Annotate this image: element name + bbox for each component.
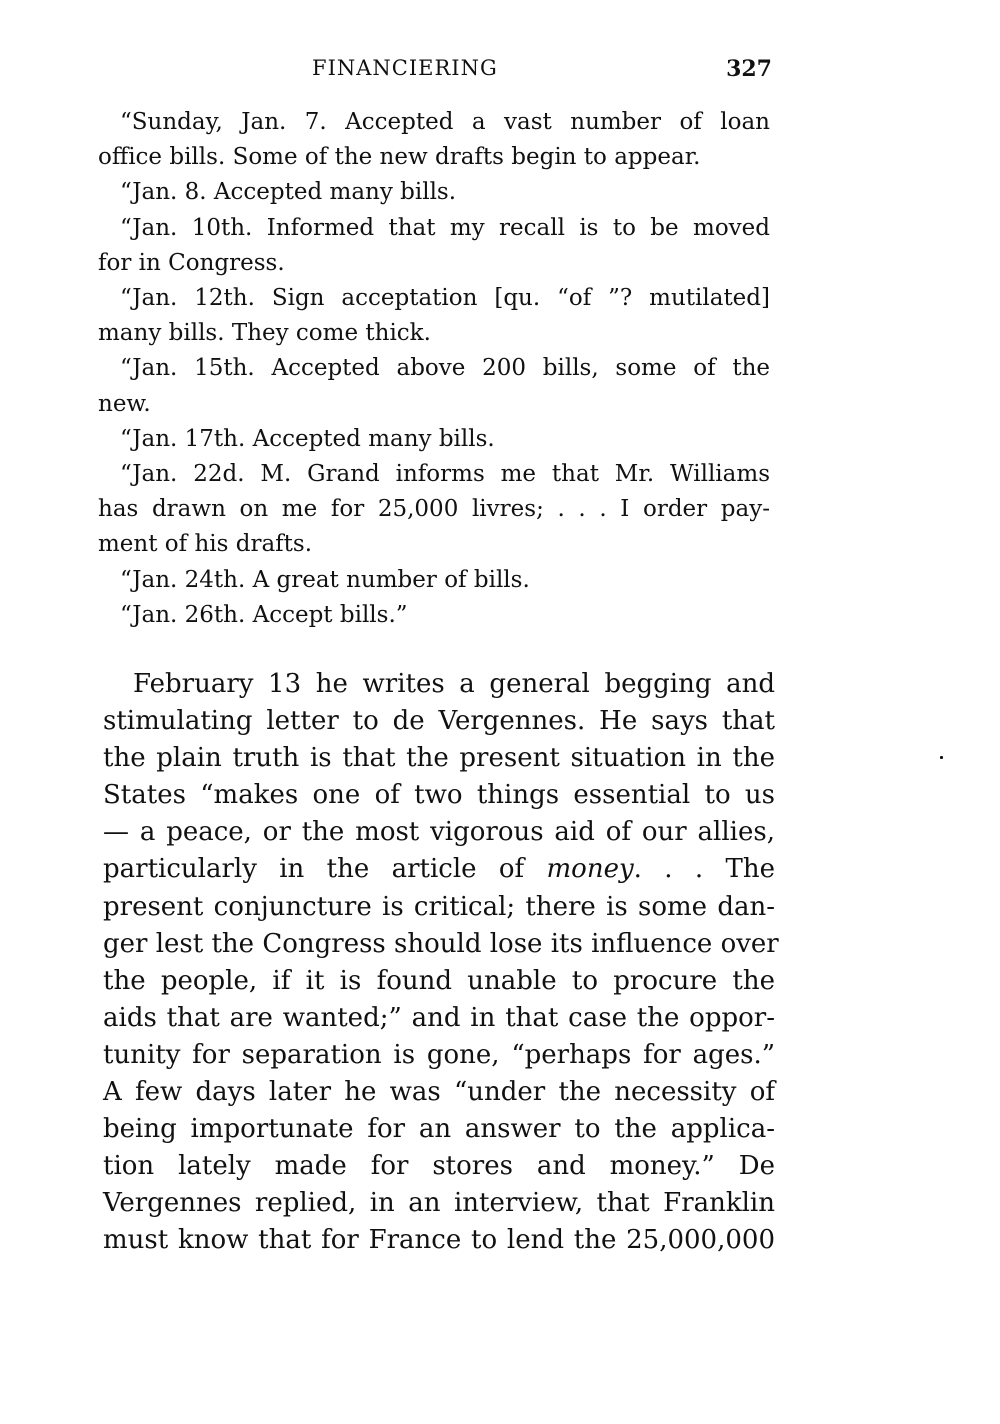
diary-line: “Jan. 8. Accepted many bills. (98, 175, 770, 210)
paragraph-line: being importunate for an answer to the a… (103, 1111, 775, 1148)
diary-line: ment of his drafts. (98, 527, 770, 562)
paragraph-line: present conjuncture is critical; there i… (103, 889, 775, 926)
paragraph-line-with-italic: particularly in the article of money. . … (103, 851, 775, 888)
paragraph-line: must know that for France to lend the 25… (103, 1222, 775, 1259)
paragraph-line: ger lest the Congress should lose its in… (103, 926, 775, 963)
diary-line: “Jan. 15th. Accepted above 200 bills, so… (98, 351, 770, 386)
body-paragraph: February 13 he writes a general begging … (103, 666, 775, 1260)
diary-line: “Jan. 10th. Informed that my recall is t… (98, 211, 770, 246)
paragraph-line: — a peace, or the most vigorous aid of o… (103, 814, 775, 851)
paragraph-line: stimulating letter to de Vergennes. He s… (103, 703, 775, 740)
paragraph-line: A few days later he was “under the neces… (103, 1074, 775, 1111)
paragraph-line: the plain truth is that the present situ… (103, 740, 775, 777)
diary-line: new. (98, 387, 770, 422)
page-number: 327 (726, 56, 772, 82)
scan-speck (940, 756, 943, 759)
diary-line: “Jan. 22d. M. Grand informs me that Mr. … (98, 457, 770, 492)
paragraph-line: February 13 he writes a general begging … (103, 666, 775, 703)
paragraph-line: States “makes one of two things essentia… (103, 777, 775, 814)
diary-line: has drawn on me for 25,000 livres; . . .… (98, 492, 770, 527)
diary-line: “Jan. 17th. Accepted many bills. (98, 422, 770, 457)
diary-line: office bills. Some of the new drafts beg… (98, 140, 770, 175)
diary-line: many bills. They come thick. (98, 316, 770, 351)
line-tail: . . . The (634, 854, 775, 884)
line-text: particularly in the article of (103, 854, 547, 884)
paragraph-line: Vergennes replied, in an interview, that… (103, 1185, 775, 1222)
page-header: FINANCIERING 327 (312, 56, 772, 84)
diary-line: for in Congress. (98, 246, 770, 281)
paragraph-line: aids that are wanted;” and in that case … (103, 1000, 775, 1037)
italic-emphasis: money (547, 854, 634, 884)
diary-line: “Jan. 26th. Accept bills.” (98, 598, 770, 633)
diary-line: “Sunday, Jan. 7. Accepted a vast number … (98, 105, 770, 140)
paragraph-line: tunity for separation is gone, “perhaps … (103, 1037, 775, 1074)
diary-quotation: “Sunday, Jan. 7. Accepted a vast number … (98, 105, 770, 633)
paragraph-line: tion lately made for stores and money.” … (103, 1148, 775, 1185)
diary-line: “Jan. 24th. A great number of bills. (98, 563, 770, 598)
paragraph-line: the people, if it is found unable to pro… (103, 963, 775, 1000)
diary-line: “Jan. 12th. Sign acceptation [qu. “of ”?… (98, 281, 770, 316)
running-title: FINANCIERING (312, 56, 498, 80)
